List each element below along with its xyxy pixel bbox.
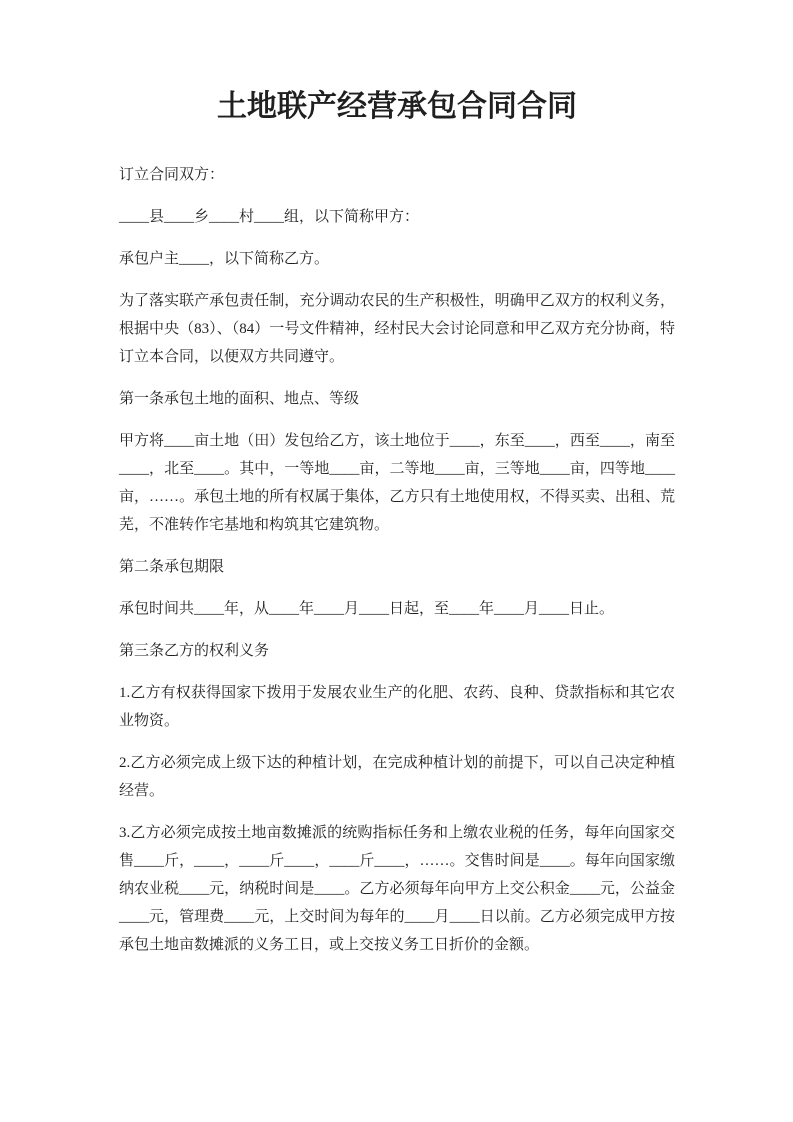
clause-3-item-2: 2.乙方必须完成上级下达的种植计划，在完成种植计划的前提下，可以自己决定种植经营… (119, 749, 675, 805)
clause-2-heading: 第二条承包期限 (119, 553, 675, 581)
clause-1-heading: 第一条承包土地的面积、地点、等级 (119, 385, 675, 413)
document-page: 土地联产经营承包合同合同 订立合同双方： ____县____乡____村____… (0, 0, 793, 1122)
intro-preamble: 为了落实联产承包责任制，充分调动农民的生产积极性，明确甲乙双方的权利义务，根据中… (119, 287, 675, 371)
clause-2-paragraph: 承包时间共____年，从____年____月____日起，至____年____月… (119, 595, 675, 623)
clause-1-paragraph: 甲方将____亩土地（田）发包给乙方，该土地位于____，东至____，西至__… (119, 427, 675, 539)
intro-line-party-b: 承包户主____，以下简称乙方。 (119, 245, 675, 273)
document-title: 土地联产经营承包合同合同 (119, 86, 675, 128)
intro-line-party-a: ____县____乡____村____组，以下简称甲方： (119, 203, 675, 231)
clause-3-item-3: 3.乙方必须完成按土地亩数摊派的统购指标任务和上缴农业税的任务，每年向国家交售_… (119, 819, 675, 959)
intro-line-contract-parties: 订立合同双方： (119, 161, 675, 189)
clause-3-item-1: 1.乙方有权获得国家下拨用于发展农业生产的化肥、农药、良种、贷款指标和其它农业物… (119, 679, 675, 735)
clause-3-heading: 第三条乙方的权利义务 (119, 637, 675, 665)
